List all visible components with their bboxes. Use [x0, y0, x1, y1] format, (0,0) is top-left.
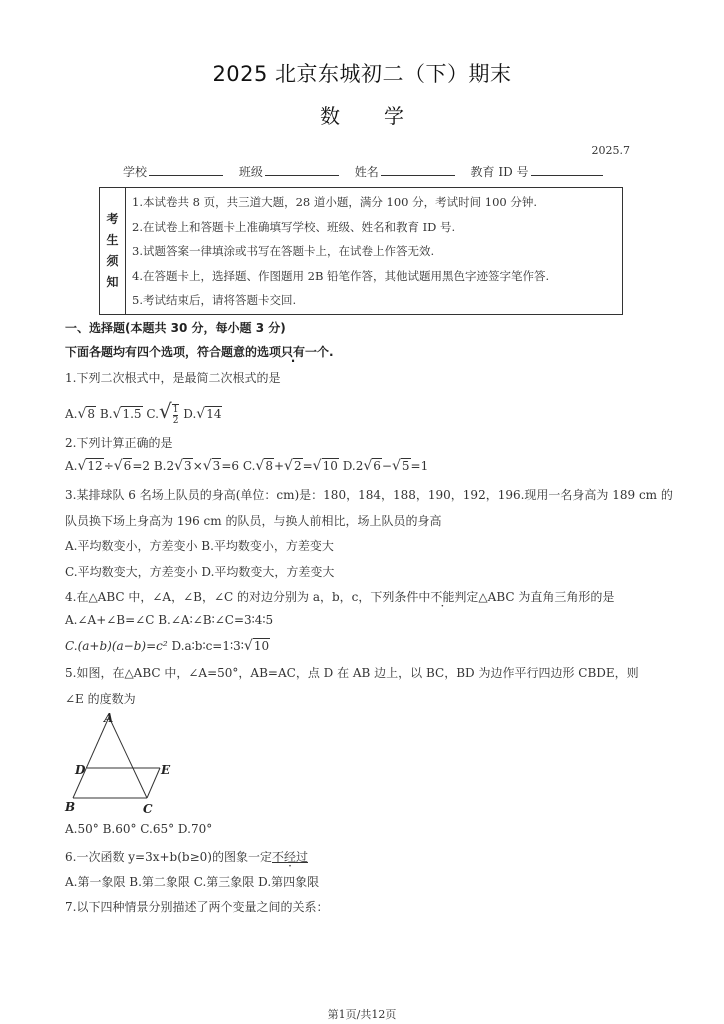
emphasis-text: 不能: [430, 590, 454, 604]
option-label: A.: [65, 407, 77, 421]
school-field[interactable]: 学校: [123, 163, 223, 180]
blank-line[interactable]: [381, 163, 455, 176]
result: =1: [411, 459, 429, 473]
q2-option-a[interactable]: A.√12÷√6=2: [65, 459, 150, 473]
q1-option-b[interactable]: B.√1.5: [100, 407, 143, 421]
q5-stem-line2: ∠E 的度数为: [65, 690, 136, 707]
option-label: D.2: [343, 459, 364, 473]
option-label: A.: [65, 459, 77, 473]
sqrt-expression: √3: [203, 458, 222, 474]
point-label-e: E: [160, 763, 171, 777]
sqrt-expression: √12: [159, 399, 179, 426]
student-info-fields: 学校 班级 姓名 教育 ID 号: [123, 163, 615, 180]
result: =6: [221, 459, 239, 473]
exam-title: 2025 北京东城初二（下）期末: [0, 58, 724, 88]
radicand: 6: [123, 458, 133, 473]
radicand: 8: [86, 406, 96, 421]
sqrt-expression: √6: [363, 458, 382, 474]
emphasis-text: 只有: [281, 345, 305, 359]
radicand: 6: [372, 458, 382, 473]
field-label: 班级: [239, 165, 263, 179]
instruction-text: 下面各题均有四个选项，符合题意的选项: [65, 345, 281, 359]
option-label: C.: [146, 407, 159, 421]
q2-option-b[interactable]: B.2√3×√3=6: [154, 459, 239, 473]
point-label-b: B: [64, 800, 75, 814]
emphasis-text: 不经过: [272, 850, 308, 864]
sqrt-expression: √14: [196, 406, 222, 422]
point-label-c: C: [143, 802, 153, 816]
q6-options[interactable]: A.第一象限 B.第二象限 C.第三象限 D.第四象限: [65, 873, 319, 890]
radicand: 1.5: [121, 406, 142, 421]
sqrt-expression: √10: [244, 638, 270, 654]
section-instruction: 下面各题均有四个选项，符合题意的选项只有一个.: [65, 343, 334, 360]
q3-options-line2[interactable]: C.平均数变大，方差变小 D.平均数变大，方差变大: [65, 563, 334, 580]
notice-label-char: 考: [106, 209, 118, 230]
q1-stem: 1.下列二次根式中，是最简二次根式的是: [65, 369, 280, 386]
q4-option-c[interactable]: C.(a+b)(a−b)=c²: [65, 639, 168, 653]
sqrt-expression: √8: [255, 458, 274, 474]
notice-item: 4.在答题卡上，选择题、作图题用 2B 铅笔作答，其他试题用黑色字迹签字笔作答.: [132, 267, 549, 292]
sqrt-expression: √2: [284, 458, 303, 474]
radicand: 10: [253, 638, 270, 653]
q4-option-d[interactable]: D.a∶b∶c=1∶3∶√10: [172, 639, 271, 653]
page-indicator: 第1页/共12页: [0, 1006, 724, 1022]
point-label-a: A: [103, 712, 113, 725]
denominator: 2: [173, 416, 179, 426]
option-label: B.2: [154, 459, 174, 473]
notice-side-label: 考 生 须 知: [100, 188, 126, 314]
q2-option-d[interactable]: D.2√6−√5=1: [343, 459, 429, 473]
radicand: 5: [401, 458, 411, 473]
option-text: D.a∶b∶c=1∶3∶: [172, 639, 244, 653]
result: =2: [132, 459, 150, 473]
q2-options: A.√12÷√6=2 B.2√3×√3=6 C.√8+√2=√10 D.2√6−…: [65, 458, 428, 474]
sqrt-expression: √1.5: [113, 406, 143, 422]
notice-items: 1.本试卷共 8 页，共三道大题，28 道小题，满分 100 分，考试时间 10…: [132, 193, 549, 316]
q2-stem: 2.下列计算正确的是: [65, 434, 172, 451]
radicand: 2: [293, 458, 303, 473]
notice-label-char: 须: [106, 251, 118, 272]
q4-stem: 4.在△ABC 中，∠A，∠B，∠C 的对边分别为 a，b，c，下列条件中不能判…: [65, 588, 614, 605]
q4-options-line2: C.(a+b)(a−b)=c² D.a∶b∶c=1∶3∶√10: [65, 638, 270, 654]
sqrt-expression: √3: [174, 458, 193, 474]
sqrt-expression: √12: [77, 458, 103, 474]
q3-options-line1[interactable]: A.平均数变小，方差变小 B.平均数变小，方差变大: [65, 537, 334, 554]
operator: ÷: [104, 459, 114, 473]
operator: −: [382, 459, 392, 473]
radicand: 3: [212, 458, 222, 473]
radicand: 14: [205, 406, 222, 421]
stem-text: 判定△ABC 为直角三角形的是: [454, 590, 614, 604]
fraction: 12: [172, 404, 180, 426]
subject-title: 数学: [0, 100, 724, 129]
sqrt-expression: √10: [313, 458, 339, 474]
section-heading: 一、选择题(本题共 30 分，每小题 3 分): [65, 319, 286, 336]
education-id-field[interactable]: 教育 ID 号: [471, 163, 603, 180]
field-label: 姓名: [355, 165, 379, 179]
stem-text: 6.一次函数 y=3x+b(b≥0)的图象一定: [65, 850, 272, 864]
subject-char: 数: [320, 104, 340, 128]
notice-label-char: 知: [106, 272, 118, 293]
parallelogram-figure: A D E B C: [60, 712, 200, 822]
blank-line[interactable]: [265, 163, 339, 176]
operator: ×: [193, 459, 203, 473]
radicand: 10: [322, 458, 339, 473]
q1-options: A.√8 B.√1.5 C.√12 D.√14: [65, 399, 222, 426]
operator: =: [303, 459, 313, 473]
stem-text: 4.在△ABC 中，∠A，∠B，∠C 的对边分别为 a，b，c，下列条件中: [65, 590, 430, 604]
radicand: 8: [264, 458, 274, 473]
q2-option-c[interactable]: C.√8+√2=√10: [243, 459, 339, 473]
field-label: 学校: [123, 165, 147, 179]
blank-line[interactable]: [149, 163, 223, 176]
subject-char: 学: [384, 104, 404, 128]
blank-line[interactable]: [531, 163, 603, 176]
q7-stem: 7.以下四种情景分别描述了两个变量之间的关系：: [65, 898, 328, 915]
radicand: 12: [86, 458, 103, 473]
q1-option-c[interactable]: C.√12: [146, 407, 179, 421]
q3-stem-line1: 3.某排球队 6 名场上队员的身高(单位：cm)是：180，184，188，19…: [65, 486, 673, 503]
field-label: 教育 ID 号: [471, 165, 529, 179]
q1-option-d[interactable]: D.√14: [183, 407, 222, 421]
name-field[interactable]: 姓名: [355, 163, 455, 180]
notice-item: 5.考试结束后，请将答题卡交回.: [132, 291, 549, 316]
notice-item: 3.试题答案一律填涂或书写在答题卡上，在试卷上作答无效.: [132, 242, 549, 267]
option-label: C.: [243, 459, 256, 473]
radicand: 3: [183, 458, 193, 473]
point-label-d: D: [74, 763, 86, 777]
exam-date: 2025.7: [592, 144, 631, 157]
notice-item: 2.在试卷上和答题卡上准确填写学校、班级、姓名和教育 ID 号.: [132, 218, 549, 243]
option-label: D.: [183, 407, 196, 421]
q6-stem: 6.一次函数 y=3x+b(b≥0)的图象一定不经过: [65, 848, 308, 865]
q1-option-a[interactable]: A.√8: [65, 407, 96, 421]
numerator: 1: [173, 405, 179, 416]
notice-label-char: 生: [106, 230, 118, 251]
sqrt-expression: √5: [392, 458, 411, 474]
class-field[interactable]: 班级: [239, 163, 339, 180]
instruction-text: 一个.: [305, 345, 334, 359]
operator: +: [274, 459, 284, 473]
option-label: B.: [100, 407, 113, 421]
sqrt-expression: √8: [77, 406, 96, 422]
q3-stem-line2: 队员换下场上身高为 196 cm 的队员，与换人前相比，场上队员的身高: [65, 512, 441, 529]
sqrt-expression: √6: [114, 458, 133, 474]
q4-options-line1[interactable]: A.∠A+∠B=∠C B.∠A∶∠B∶∠C=3∶4∶5: [65, 613, 273, 627]
q5-options[interactable]: A.50° B.60° C.65° D.70°: [65, 822, 212, 836]
exam-notice-box: 考 生 须 知 1.本试卷共 8 页，共三道大题，28 道小题，满分 100 分…: [99, 187, 623, 315]
q5-stem-line1: 5.如图，在△ABC 中，∠A=50°，AB=AC，点 D 在 AB 边上，以 …: [65, 664, 639, 681]
notice-item: 1.本试卷共 8 页，共三道大题，28 道小题，满分 100 分，考试时间 10…: [132, 193, 549, 218]
